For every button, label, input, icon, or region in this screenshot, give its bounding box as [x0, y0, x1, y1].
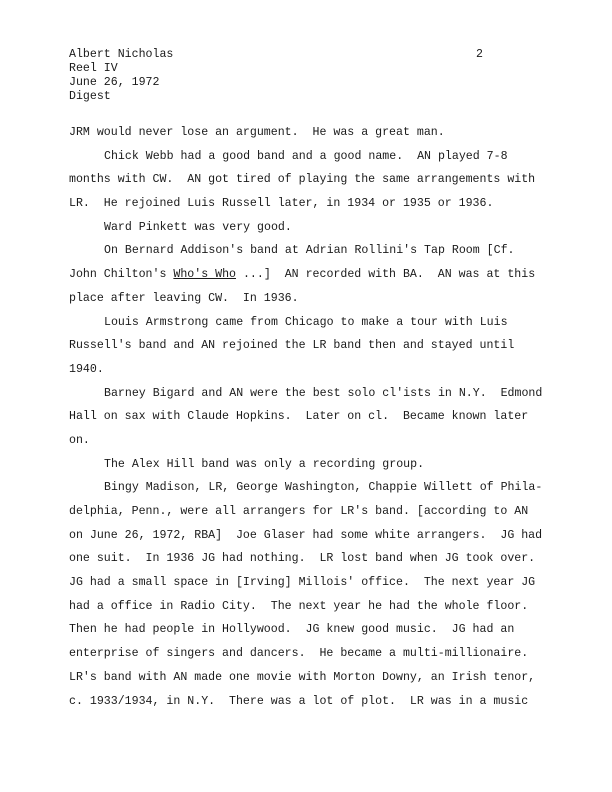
- text-line: on.: [69, 429, 569, 453]
- text-line: Then he had people in Hollywood. JG knew…: [69, 618, 569, 642]
- text-line: On Bernard Addison's band at Adrian Roll…: [69, 239, 569, 263]
- interview-date: June 26, 1972: [69, 76, 173, 90]
- header-block: Albert Nicholas Reel IV June 26, 1972 Di…: [69, 48, 173, 104]
- text-segment: ...] AN recorded with BA. AN was at this: [236, 268, 535, 281]
- text-line: JG had a small space in [Irving] Millois…: [69, 571, 569, 595]
- text-line: enterprise of singers and dancers. He be…: [69, 642, 569, 666]
- text-line: LR's band with AN made one movie with Mo…: [69, 666, 569, 690]
- text-line: Ward Pinkett was very good.: [69, 216, 569, 240]
- underlined-title: Who's Who: [173, 268, 236, 281]
- text-line: Barney Bigard and AN were the best solo …: [69, 382, 569, 406]
- text-line: The Alex Hill band was only a recording …: [69, 453, 569, 477]
- page-number: 2: [476, 48, 483, 62]
- text-line: delphia, Penn., were all arrangers for L…: [69, 500, 569, 524]
- text-line: had a office in Radio City. The next yea…: [69, 595, 569, 619]
- text-line: LR. He rejoined Luis Russell later, in 1…: [69, 192, 569, 216]
- text-line: months with CW. AN got tired of playing …: [69, 168, 569, 192]
- text-line: Bingy Madison, LR, George Washington, Ch…: [69, 476, 569, 500]
- text-line: on June 26, 1972, RBA] Joe Glaser had so…: [69, 524, 569, 548]
- text-line: place after leaving CW. In 1936.: [69, 287, 569, 311]
- text-line: Russell's band and AN rejoined the LR ba…: [69, 334, 569, 358]
- interviewee-name: Albert Nicholas: [69, 48, 173, 62]
- text-line: one suit. In 1936 JG had nothing. LR los…: [69, 547, 569, 571]
- text-line: Louis Armstrong came from Chicago to mak…: [69, 311, 569, 335]
- document-type: Digest: [69, 90, 173, 104]
- text-line: 1940.: [69, 358, 569, 382]
- transcript-body: JRM would never lose an argument. He was…: [69, 121, 569, 713]
- text-line: c. 1933/1934, in N.Y. There was a lot of…: [69, 690, 569, 714]
- text-line: John Chilton's Who's Who ...] AN recorde…: [69, 263, 569, 287]
- text-segment: John Chilton's: [69, 268, 173, 281]
- text-line: JRM would never lose an argument. He was…: [69, 121, 569, 145]
- text-line: Hall on sax with Claude Hopkins. Later o…: [69, 405, 569, 429]
- reel-label: Reel IV: [69, 62, 173, 76]
- text-line: Chick Webb had a good band and a good na…: [69, 145, 569, 169]
- document-page: Albert Nicholas Reel IV June 26, 1972 Di…: [0, 0, 612, 792]
